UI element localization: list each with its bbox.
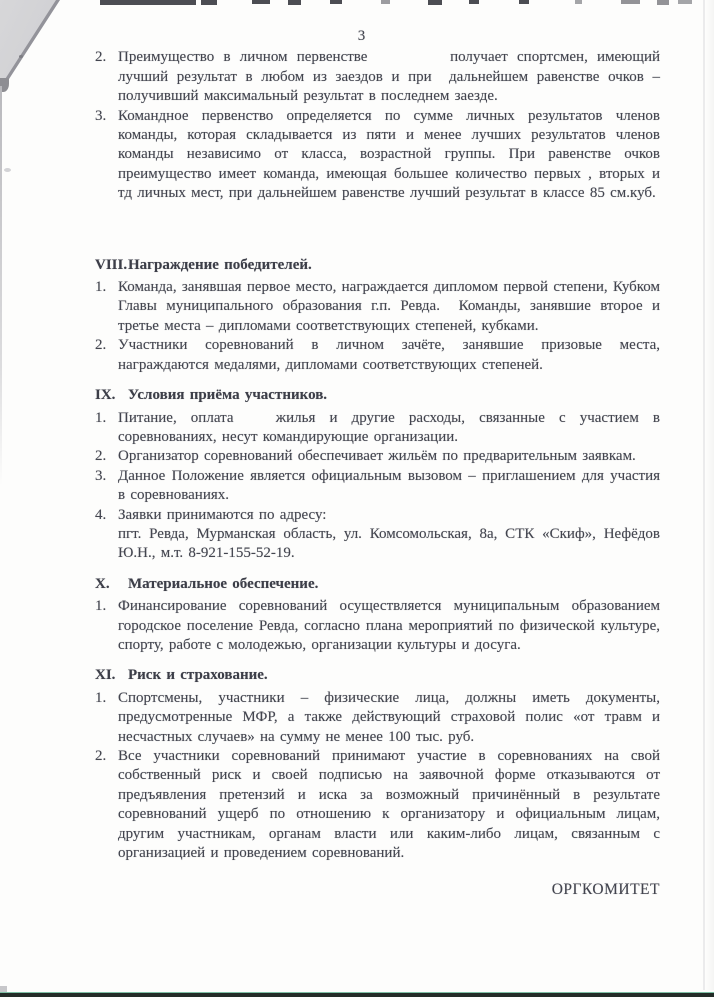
scan-bottom-border xyxy=(0,992,714,997)
item-number: 1. xyxy=(95,597,106,616)
item-text: Все участники соревнований принимают уча… xyxy=(118,748,660,861)
item-text: Данное Положение является официальным вы… xyxy=(118,468,660,503)
list-item: 1.Питание, оплата жилья и другие расходы… xyxy=(95,409,660,448)
list-item: 1.Спортсмены, участники – физические лиц… xyxy=(95,689,660,747)
section-title: Награждение победителей. xyxy=(128,257,312,273)
list-item: 2.Преимущество в личном первенстве получ… xyxy=(95,48,660,106)
item-text: Преимущество в личном первенстве получае… xyxy=(118,49,660,104)
item-number: 4. xyxy=(95,506,106,525)
section-heading: VIII.Награждение победителей. xyxy=(95,256,660,275)
section-title: Риск и страхование. xyxy=(128,667,268,683)
item-number: 3. xyxy=(95,467,106,486)
item-text: Спортсмены, участники – физические лица,… xyxy=(118,690,660,745)
item-number: 1. xyxy=(95,278,106,297)
item-text: Командное первенство определяется по сум… xyxy=(118,108,660,202)
scan-noise-top-edge xyxy=(0,0,714,6)
section-title: Условия приёма участников. xyxy=(128,387,327,403)
item-number: 2. xyxy=(95,747,106,766)
list-item: 3.Данное Положение является официальным … xyxy=(95,467,660,506)
item-text: Команда, занявшая первое место, награжда… xyxy=(118,279,660,334)
document-page: 3 2.Преимущество в личном первенстве пол… xyxy=(0,0,714,1000)
item-text: Питание, оплата жилья и другие расходы, … xyxy=(118,410,660,445)
item-number: 3. xyxy=(95,107,106,126)
list-item: 2.Организатор соревнований обеспечивает … xyxy=(95,447,660,466)
item-number: 1. xyxy=(95,409,106,428)
section-roman: XI. xyxy=(95,666,128,685)
list-item: 2.Все участники соревнований принимают у… xyxy=(95,747,660,863)
section-material-support: X.Материальное обеспечение. 1.Финансиров… xyxy=(95,575,660,656)
scan-speck xyxy=(19,55,23,58)
section-risk-insurance: XI.Риск и страхование. 1.Спортсмены, уча… xyxy=(95,666,660,863)
section-title: Материальное обеспечение. xyxy=(128,576,318,592)
item-text: Участники соревнований в личном зачёте, … xyxy=(118,337,660,372)
item-number: 1. xyxy=(95,689,106,708)
orgkomitet-signature: ОРГКОМИТЕТ xyxy=(95,880,660,899)
intro-list: 2.Преимущество в личном первенстве получ… xyxy=(95,48,660,203)
page-number: 3 xyxy=(79,27,644,46)
section-roman: VIII. xyxy=(95,256,128,275)
item-text: Организатор соревнований обеспечивает жи… xyxy=(118,448,636,464)
section-heading: X.Материальное обеспечение. xyxy=(95,575,660,594)
item-number: 2. xyxy=(95,447,106,466)
list-item: 1.Команда, занявшая первое место, награж… xyxy=(95,278,660,336)
section-admission: IX.Условия приёма участников. 1.Питание,… xyxy=(95,386,660,564)
section-heading: IX.Условия приёма участников. xyxy=(95,386,660,405)
list-item: 4.Заявки принимаются по адресу: пгт. Рев… xyxy=(95,506,660,564)
list-item: 2.Участники соревнований в личном зачёте… xyxy=(95,336,660,375)
list-item: 1.Финансирование соревнований осуществля… xyxy=(95,597,660,655)
item-text: Финансирование соревнований осуществляет… xyxy=(118,598,660,653)
section-heading: XI.Риск и страхование. xyxy=(95,666,660,685)
scan-right-edge-shade xyxy=(705,0,714,990)
scan-speck xyxy=(4,168,11,172)
document-content: 3 2.Преимущество в личном первенстве пол… xyxy=(95,27,660,900)
section-roman: X. xyxy=(95,575,128,594)
item-number: 2. xyxy=(95,48,106,67)
scan-left-edge-line xyxy=(0,86,2,486)
item-number: 2. xyxy=(95,336,106,355)
list-item: 3.Командное первенство определяется по с… xyxy=(95,107,660,204)
section-roman: IX. xyxy=(95,386,128,405)
item-text: Заявки принимаются по адресу: xyxy=(118,507,326,523)
section-awarding: VIII.Награждение победителей. 1.Команда,… xyxy=(95,256,660,375)
scan-fold-corner xyxy=(0,0,56,87)
item-address-text: пгт. Ревда, Мурманская область, ул. Комс… xyxy=(118,526,660,561)
